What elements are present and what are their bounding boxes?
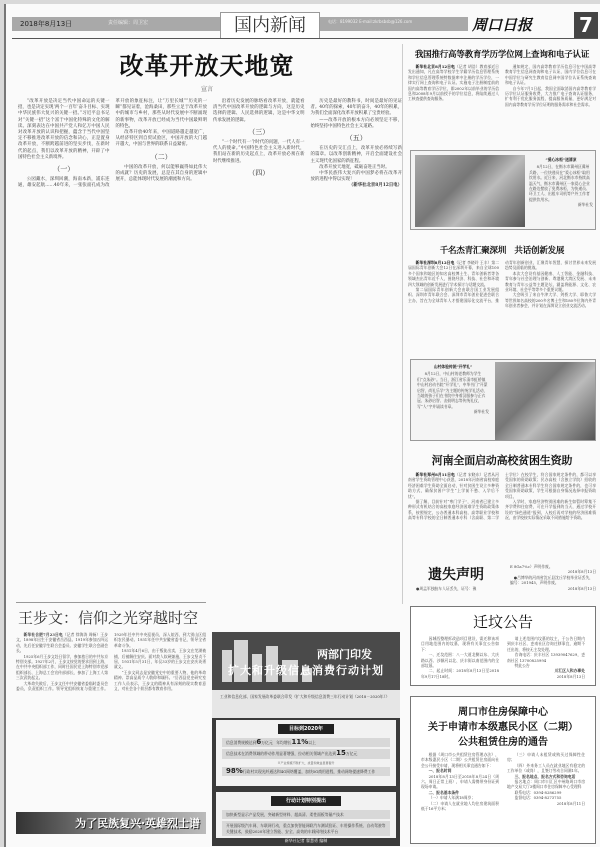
page-number: 7	[574, 12, 598, 38]
paragraph: “一个时代有一个时代的问题，一代人有一代人的使命。”中国特色社会主义进入新时代，…	[213, 140, 305, 165]
article-source: （新华社北京8月12日电）	[311, 183, 403, 189]
paragraph: 咨询电话：庆丰社区 13939047629，吏南社区 13700825994	[507, 652, 585, 663]
paragraph: 自今年7月1日起，我国全面取消国内高等教育学历学位认证服务收费，大力推广电子查询…	[505, 86, 596, 108]
goal-text: 信息技术在消费领域的带动作用显著增强，拉动相关领域产出达到	[226, 751, 336, 756]
paragraph: 大会吸引了来自牛津大学、剑桥大学、耶鲁大学等世界知名高校的200多名博士生和18…	[505, 292, 596, 308]
notice-date: 2018年8月13日	[507, 674, 585, 679]
goal-text: 行政村实现光纤通达和4G网络覆盖，加快5G商用进程，推动网络提速降费工作	[243, 769, 375, 774]
photo-caption: “爱心冰柜”送清凉 8月12日，在衡水市冀州区冀州兵路，一位快递员在“爱心冰柜”…	[529, 157, 593, 208]
infographic-header: 两部门印发 扩大和升级信息消费行动计划	[212, 632, 400, 690]
feature-title: 王步文：信仰之光穿越时空	[16, 602, 206, 628]
photo-news-school-ceremony: 山村体验传统“开学礼” 8月12日，中山村的老教师为学生们“点朱砂”。当日，浙江…	[410, 359, 596, 441]
photo-teacher-students	[495, 362, 595, 440]
section-heading: （一）	[18, 166, 110, 172]
paragraph: 中华民族伟大复兴的中国梦必将在改革开放的进程中得以实现！	[311, 171, 403, 183]
info-consumption-infographic: 两部门印发 扩大和升级信息消费行动计划 工业和信息化部、国家发展改革委联合印发《…	[212, 632, 400, 846]
paragraph: （三）申请人未租赁或购买过保障性住房；	[507, 752, 585, 763]
section-title: 国内新闻	[220, 12, 320, 38]
goal-value: 11%	[291, 738, 308, 746]
paragraph: （四）外来务工人员在就业地区有稳定的工作单位（或岗），且签订劳动合同满1年。	[507, 763, 585, 774]
housing-title-line3: 公共租赁住房的通告	[411, 733, 595, 748]
paragraph: 中国的改革开放，何以能够赢得如此伟大的成就？历史的发展，总是在其自身的逻辑中展开…	[116, 165, 208, 184]
editor-credit: 责任编辑：周卫宏	[108, 19, 148, 26]
goal-unit: 万亿元	[261, 740, 272, 745]
header-rule	[12, 38, 598, 39]
heroes-banner: 为了民族复兴·英雄烈士谱	[16, 812, 206, 834]
lost-notice: 遗失声明 ●周孟军独胶车人证丢失，证号：豫 E 8Ga7%c）声明作废。 201…	[410, 562, 596, 602]
section-heading: （四）	[213, 170, 305, 176]
dateline: 新华社郑州8月11日电	[416, 472, 455, 477]
goals-tag: 目标到2020年	[278, 724, 334, 734]
lead-article-byline: 宣言	[12, 84, 402, 93]
goal-unit: 万亿元	[346, 751, 357, 756]
photo-credit: 新华社发	[417, 409, 489, 414]
actions-panel: 行动计划特别提出 加快新型显示产品发展，突破新型材料、超高清、柔性面板等量产技术…	[216, 792, 396, 838]
contact-info: 电话：8199032 E-mail:zkrbsbsb@126.com	[328, 19, 412, 25]
photo-credit: 新华社发	[529, 202, 593, 207]
paragraph: 根据《周口市公共租赁住房管理办法》，市本级惠民小区（二期）公共租赁住房面向社会公…	[421, 752, 499, 768]
lost-item-continued: E 8Ga7%c）声明作废。 2018年8月13日 ●吕博华的河南省沈丘县沈丘学…	[510, 564, 596, 591]
paragraph: 2018年8月13日至2018年8月24日（周六、周日正常上班），申请人需携带身…	[421, 774, 499, 790]
paragraph: 改革开放40年来，中国道路越走越宽广，从经济特区到自贸试验区，中国开放的大门越开…	[116, 130, 208, 149]
section-heading: （二）	[116, 154, 208, 160]
column-divider	[402, 44, 403, 604]
paragraph: 1931年4月6日，由于叛徒出卖，王步文在芜湖被捕，后被解往安庆。面对敌人软硬兼…	[114, 648, 206, 670]
lost-notice-title: 遗失声明	[428, 564, 484, 584]
goal-value: 15	[336, 749, 346, 757]
education-article: 我国推行高等教育学历学位网上查询和电子认证 新华社北京8月12日电（记者 胡浩）…	[408, 48, 596, 107]
goal-unit: 以上	[308, 740, 316, 745]
lead-intro: “改革开放是决定当代中国命运的关键一招，也是决定实现‘两个一百年’奋斗目标、实现…	[18, 99, 110, 161]
feature-wang-buwen: 王步文：信仰之光穿越时空 新华社合肥7月23日电（记者 徐海涛 周畅）王步文，1…	[16, 602, 206, 842]
henan-article: 河南全面启动高校贫困生资助 新华社郑州8月11日电（记者 宋晓东）记者从河南省学…	[408, 452, 596, 550]
caption-text: 8月12日，在衡水市冀州区冀州兵路，一位快递员在“爱心冰柜”取用饮用水。近日来，…	[529, 164, 593, 202]
goal-text: 年均增长	[276, 740, 291, 745]
grave-relocation-notice: 迁坟公告 因城西整理拆改造项目建设，需迁移该项目用地范围内的坟墓，现将有关事宜公…	[410, 606, 596, 686]
public-housing-notice: 周口市住房保障中心 关于申请市本级惠民小区（二期） 公共租赁住房的通告 根据《周…	[410, 696, 596, 844]
paragraph: 在历史的交汇点上，改革开放必将续写新的篇章。以改革创新精神，开启全面建设社会主义…	[311, 146, 403, 165]
lead-article-title: 改革开放天地宽	[12, 46, 402, 81]
caption-title: “爱心冰柜”送清凉	[529, 157, 593, 162]
goal-note: ※产业规模不断扩大，质量和效益显著提升	[216, 761, 396, 765]
paragraph: 入学时，家庭经济特别困难的新生如暂时筹集不齐学费和住宿费，可在开学报到的当天，通…	[505, 499, 596, 521]
infographic-heading1: 两部门印发	[317, 646, 372, 662]
goal-item: 信息技术在消费领域的带动作用显著增强，拉动相关领域产出达到15万亿元	[222, 749, 390, 758]
paragraph: 沿着历史发展的脉络看改革开放，就能看清当代中国改革开放的逻辑与方向，这是历史选择…	[213, 99, 305, 124]
henan-article-title: 河南全面启动高校贫困生资助	[408, 452, 596, 468]
goal-value: 98%	[226, 767, 243, 775]
paragraph: 请上述范围内坟墓的坟主，于公告日期内到庆丰社区、吏南社区咨询迁移事宜，逾期不迁出…	[507, 636, 585, 652]
paragraph: 一、迁坟范围：八一大道北侧以东、大庆路以西、沙颍河以北、庆丰街以南范围内的全部坟…	[421, 652, 499, 668]
masthead: 2018年8月13日 责任编辑：周卫宏 国内新闻 电话：8199032 E-ma…	[12, 12, 598, 38]
actions-tag: 行动计划特别提出	[271, 796, 341, 806]
infographic-credit: 新华社记者 翟慧勇 编制	[212, 838, 400, 844]
paragraph: 本次大会设有基因健康、人工智能、金融科技、青年参与社会治理与创新、粤港澳大湾区发…	[505, 271, 596, 293]
education-article-title: 我国推行高等教育学历学位网上查询和电子认证	[408, 48, 596, 60]
lost-item: ●周孟军独胶车人证丢失，证号：豫	[416, 586, 506, 591]
infographic-heading2: 扩大和升级信息消费行动计划	[212, 662, 400, 678]
goal-text: 信息消费规模达到	[226, 740, 256, 745]
paper-logo: 周口日报	[472, 14, 532, 35]
goals-panel: 目标到2020年 信息消费规模达到6万亿元 年均增长11%以上 信息技术在消费领…	[216, 720, 396, 786]
shenzhen-article: 千名杰青汇聚深圳 共话创新发展 新华社深圳8月12日电（记者 李晓玲 王丰）第二…	[408, 244, 596, 344]
action-item: 加快新型显示产品发展，突破新型材料、超高清、柔性面板等量产技术	[222, 810, 390, 819]
paragraph: （二）申请人在就业地人均住房建筑面积低于16平方米；	[421, 801, 499, 812]
lead-article-body: “改革开放是决定当代中国命运的关键一招，也是决定实现‘两个一百年’奋斗目标、实现…	[18, 99, 402, 599]
infographic-intro: 工业和信息化部、国家发展改革委联合印发《扩大和升级信息消费三年行动计划（2018…	[212, 690, 400, 718]
housing-title-line1: 周口市住房保障中心	[411, 703, 595, 718]
banner-text: 为了民族复兴·英雄烈士谱	[75, 815, 200, 831]
housing-title-line2: 关于申请市本级惠民小区（二期）	[411, 718, 595, 733]
paragraph: 报名地点：周口市川汇区中州路周口市房地产交易大厅3楼周口市住房保障中心受理科	[507, 779, 585, 790]
paragraph: “王步文同志是安徽党史中的重要人物，他的革命精神、崇高品质令人敬仰和缅怀。”岳西…	[114, 670, 206, 692]
notice-date: 2018年8月11日	[507, 801, 585, 806]
paragraph: 通知规定，国内高等教育学历信息可在中国高等教育学生信息网查询和电子认证，国内学位…	[505, 64, 596, 86]
caption-text: 8月12日，中山村的老教师为学生们“点朱砂”。当日，浙江省乐清市虹桥镇中山村启动…	[417, 371, 489, 409]
caption-title: 山村体验传统“开学礼”	[417, 364, 489, 369]
goal-item: 信息消费规模达到6万亿元 年均增长11%以上	[222, 738, 390, 747]
lost-item-text: ●吕博华的河南省沈丘县沈丘学校毕业证丢失，编号：201945，声明作废。	[510, 575, 596, 586]
newspaper-page: 2018年8月13日 责任编辑：周卫宏 国内新闻 电话：8199032 E-ma…	[4, 4, 600, 847]
photo-courier	[415, 155, 525, 227]
paragraph: （记者 胡浩）教育部近日发出通知，凡在高等学校学生学籍学历信息管理系统和学位信息…	[408, 64, 499, 101]
dateline: 新华社北京8月12日电	[416, 64, 455, 69]
paragraph: 二、起止时间：2018年8月13日至2018年9月17日18时。	[421, 668, 499, 679]
shenzhen-article-title: 千名杰青汇聚深圳 共话创新发展	[408, 244, 596, 256]
relocation-title: 迁坟公告	[411, 611, 595, 632]
paragraph: 因城西整理拆改造项目建设，需迁移该项目用地范围内的坟墓，现将有关事宜公告如下：	[421, 636, 499, 652]
issue-date: 2018年8月13日	[20, 19, 72, 29]
dateline: 新华社深圳8月12日电	[416, 260, 455, 265]
photo-caption: 山村体验传统“开学礼” 8月12日，中山村的老教师为学生们“点朱砂”。当日，浙江…	[417, 364, 489, 415]
section-heading: （三）	[213, 129, 305, 135]
photo-news-ice-box: “爱心冰柜”送清凉 8月12日，在衡水市冀州区冀州兵路，一位快递员在“爱心冰柜”…	[410, 150, 596, 230]
goal-item: 98%行政村实现光纤通达和4G网络覆盖，加快5G商用进程，推动网络提速降费工作	[222, 767, 390, 776]
paragraph: 1925年6月王步文赴日留学，参加旅日的中共东京特别支部。1927年2月，王步文…	[16, 654, 108, 681]
dateline: 新华社合肥7月23日电	[24, 632, 63, 637]
paragraph: ——改革开放的根本方向必须坚定不移，始终坚持中国特色社会主义道路。	[311, 118, 403, 130]
paragraph: 历史是最好的教科书，时间是最好的见证者。40年的探索，40年的奋斗，40年的积累…	[311, 99, 403, 118]
action-item: 开展国际级汽车网、车联网行动，重点加快智能网联汽车测试验证、车用操作系统、自动驾…	[222, 821, 390, 836]
section-heading: （五）	[311, 135, 403, 141]
lost-item-date: 2018年8月13日	[510, 586, 596, 591]
